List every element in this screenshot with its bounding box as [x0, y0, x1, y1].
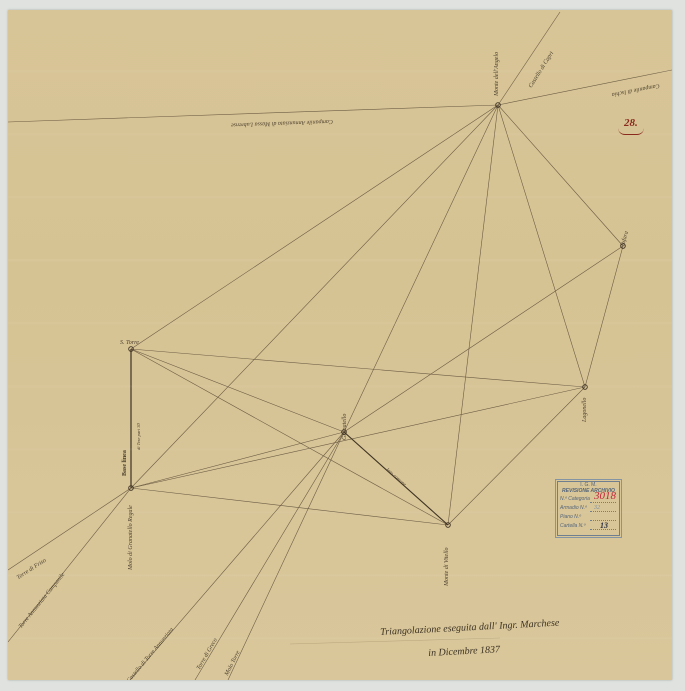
map-sheet: Monte dell'Angelo S. Torre Molo di Grana…: [8, 10, 672, 680]
base-label: Base linea: [122, 450, 128, 476]
stamp-field-label: Armadio N.º: [560, 505, 587, 511]
station-label: Monte dell'Angelo: [494, 52, 500, 96]
stamp-field-categoria: N.º Categoria 3018: [560, 495, 617, 504]
station-label: Monte di Vitello: [444, 547, 450, 586]
base-measure: di Tese pari 30: [136, 423, 141, 450]
stamp-field-cartella: Cartella N.º 13: [560, 522, 617, 531]
station-label: Granatello: [342, 414, 348, 440]
stamp-field-piano: Piano N.º: [560, 513, 617, 522]
page-number-underline: [618, 128, 644, 135]
stamp-field-label: N.º Categoria: [560, 496, 590, 502]
ray-campanile-massa: [8, 105, 498, 122]
stamp-field-label: Cartella N.º: [560, 523, 585, 529]
archive-stamp: I. G. M. REVISIONE ARCHIVIO N.º Categori…: [557, 481, 620, 536]
stamp-field-armadio: Armadio N.º 32: [560, 504, 617, 513]
station-label: Lagonello: [582, 398, 588, 422]
stamp-field-value: 3018: [594, 492, 616, 501]
triangulation-diagram: [8, 10, 672, 680]
station-label: Molo di Granatello Regale: [128, 505, 134, 570]
station-label: S. Torre: [120, 340, 139, 346]
stamp-field-label: Piano N.º: [560, 514, 581, 520]
